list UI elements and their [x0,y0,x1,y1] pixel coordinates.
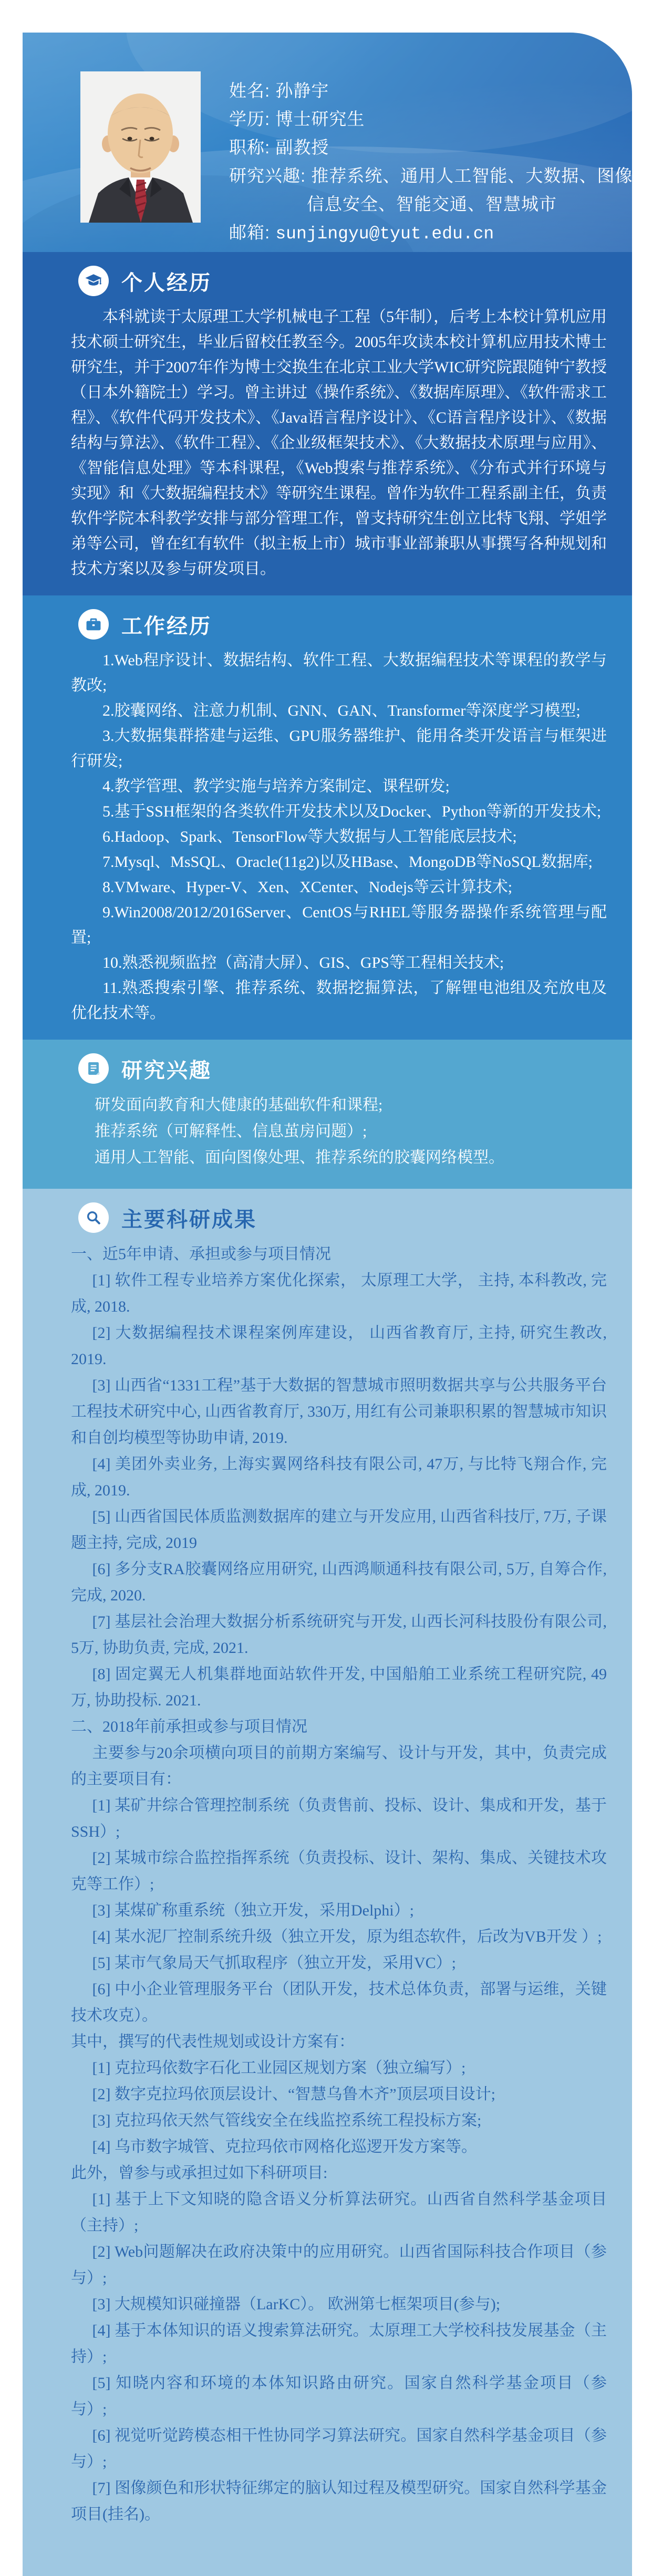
project-item: [7] 图像颜色和形状特征绑定的脑认知过程及模型研究。国家自然科学基金项目(挂名… [71,2475,607,2528]
work-item: 3.大数据集群搭建与运维、GPU服务器维护、能用各类开发语言与框架进行研发; [71,724,607,774]
name-row: 姓名: 孙静宇 [229,77,628,105]
degree-value: 博士研究生 [275,109,365,129]
work-item: 2.胶囊网络、注意力机制、GNN、GAN、Transformer等深度学习模型; [71,698,607,724]
work-item: 11.熟悉搜索引擎、推荐系统、数据挖掘算法，了解锂电池组及充放电及优化技术等。 [71,976,607,1026]
profile-info: 姓名: 孙静宇 学历: 博士研究生 职称: 副教授 研究兴趣: 推荐系统、通用人… [229,77,628,252]
part2-intro: 主要参与20余项横向项目的前期方案编写、设计与开发，其中，负责完成的主要项目有： [71,1740,607,1793]
plan-item: [2] 数字克拉玛依顶层设计、“智慧乌鲁木齐”顶层项目设计; [71,2081,607,2108]
faculty-profile-page: { "theme": { "header_blue_light": "#4693… [0,33,652,2576]
plan-item: [1] 克拉玛依数字石化工业园区规划方案（独立编写）; [71,2055,607,2081]
work-item: 5.基于SSH框架的各类软件开发技术以及Docker、Python等新的开发技术… [71,799,607,824]
project-item: [2] 某城市综合监控指挥系统（负责投标、设计、架构、集成、关键技术攻克等工作）… [71,1845,607,1898]
project-item: [3] 山西省“1331工程”基于大数据的智慧城市照明数据共享与公共服务平台工程… [71,1373,607,1451]
interests-row-continued: 信息安全、智能交通、智慧城市 [229,190,628,218]
portrait-photo [80,71,201,223]
research-interests-list: 研发面向教育和大健康的基础软件和课程;推荐系统（可解释性、信息茧房问题）;通用人… [71,1092,607,1171]
interests-value-line1: 推荐系统、通用人工智能、大数据、图像处理、 [311,166,632,185]
section-title: 主要科研成果 [121,1203,257,1233]
email-value: sunjingyu@tyut.edu.cn [275,224,494,244]
section-title-row: 工作经历 [78,609,607,640]
work-item: 7.Mysql、MsSQL、Oracle(11g2)以及HBase、MongoD… [71,850,607,875]
work-item: 10.熟悉视频监控（高清大屏）、GIS、GPS等工程相关技术; [71,950,607,976]
project-item: [6] 视觉听觉跨模态相干性协同学习算法研究。国家自然科学基金项目（参与）; [71,2423,607,2475]
part2-project-list: [1] 某矿井综合管理控制系统（负责售前、投标、设计、集成和开发，基于SSH）;… [71,1793,607,2029]
section-title-row: 研究兴趣 [78,1053,607,1084]
document-icon [78,1053,109,1084]
other-projects-list: [1] 基于上下文知晓的隐含语义分析算法研究。山西省自然科学基金项目（主持）;[… [71,2186,607,2528]
project-item: [4] 基于本体知识的语义搜索算法研究。太原理工大学校科技发展基金（主持）; [71,2318,607,2370]
project-item: [5] 山西省国民体质监测数据库的建立与开发应用, 山西省科技厅, 7万, 子课… [71,1504,607,1556]
project-item: [2] Web问题解决在政府决策中的应用研究。山西省国际科技合作项目（参与）; [71,2239,607,2291]
title-label: 职称: [229,138,275,157]
project-item: [4] 某水泥厂控制系统升级（独立开发，原为组态软件，后改为VB开发 ）; [71,1924,607,1950]
magnifier-icon [78,1202,109,1233]
title-row: 职称: 副教授 [229,133,628,162]
section-title: 研究兴趣 [121,1054,212,1084]
interests-row: 研究兴趣: 推荐系统、通用人工智能、大数据、图像处理、 [229,162,628,190]
section-title-row: 主要科研成果 [78,1202,607,1233]
section-research-interests: 研究兴趣 研发面向教育和大健康的基础软件和课程;推荐系统（可解释性、信息茧房问题… [23,1040,632,1189]
name-label: 姓名: [229,81,275,100]
research-achievements-content: 一、近5年申请、承担或参与项目情况 [1] 软件工程专业培养方案优化探索， 太原… [71,1241,607,2528]
section-title: 工作经历 [121,610,212,640]
project-item: [6] 多分支RA胶囊网络应用研究, 山西鸿顺通科技有限公司, 5万, 自筹合作… [71,1556,607,1609]
section-research-achievements: 主要科研成果 一、近5年申请、承担或参与项目情况 [1] 软件工程专业培养方案优… [23,1189,632,2576]
project-item: [5] 某市气象局天气抓取程序（独立开发，采用VC）; [71,1950,607,1976]
work-item: 6.Hadoop、Spark、TensorFlow等大数据与人工智能底层技术; [71,824,607,850]
profile-card: 姓名: 孙静宇 学历: 博士研究生 职称: 副教授 研究兴趣: 推荐系统、通用人… [23,33,632,2576]
title-value: 副教授 [275,138,329,157]
part2-heading: 二、2018年前承担或参与项目情况 [71,1714,607,1740]
project-item: [1] 基于上下文知晓的隐含语义分析算法研究。山西省自然科学基金项目（主持）; [71,2186,607,2239]
email-label: 邮箱: [229,223,275,242]
project-item: [3] 某煤矿称重系统（独立开发，采用Delphi）; [71,1898,607,1924]
briefcase-icon [78,609,109,640]
work-item: 8.VMware、Hyper-V、Xen、XCenter、Nodejs等云计算技… [71,875,607,900]
project-item: [1] 某矿井综合管理控制系统（负责售前、投标、设计、集成和开发，基于SSH）; [71,1793,607,1845]
degree-row: 学历: 博士研究生 [229,105,628,133]
personal-experience-text: 本科就读于太原理工大学机械电子工程（5年制），后考上本校计算机应用技术硕士研究生… [71,305,607,582]
plans-list: [1] 克拉玛依数字石化工业园区规划方案（独立编写）;[2] 数字克拉玛依顶层设… [71,2055,607,2160]
project-item: [4] 美团外卖业务, 上海实翼网络科技有限公司, 47万, 与比特飞翔合作, … [71,1451,607,1504]
personal-paragraph: 本科就读于太原理工大学机械电子工程（5年制），后考上本校计算机应用技术硕士研究生… [71,305,607,582]
graduation-cap-icon [78,266,109,296]
project-item: [2] 大数据编程技术课程案例库建设， 山西省教育厅, 主持, 研究生教改, 2… [71,1320,607,1373]
name-value: 孙静宇 [275,81,329,100]
section-personal-experience: 个人经历 本科就读于太原理工大学机械电子工程（5年制），后考上本校计算机应用技术… [23,252,632,595]
work-experience-list: 1.Web程序设计、数据结构、软件工程、大数据编程技术等课程的教学与教改;2.胶… [71,648,607,1026]
other-projects-heading: 此外，曾参与或承担过如下科研项目: [71,2160,607,2186]
plan-item: [3] 克拉玛依天然气管线安全在线监控系统工程投标方案; [71,2108,607,2134]
project-item: [6] 中小企业管理服务平台（团队开发，技术总体负责，部署与运维，关键技术攻克）… [71,1976,607,2029]
plan-item: [4] 乌市数字城管、克拉玛依市网格化巡逻开发方案等。 [71,2134,607,2160]
interests-value-line2: 信息安全、智能交通、智慧城市 [307,194,557,214]
work-item: 1.Web程序设计、数据结构、软件工程、大数据编程技术等课程的教学与教改; [71,648,607,698]
project-item: [7] 基层社会治理大数据分析系统研究与开发, 山西长河科技股份有限公司, 5万… [71,1609,607,1661]
interest-item: 研发面向教育和大健康的基础软件和课程; [71,1092,607,1118]
wechat-row: 微信:OnlyOS-Baike [229,248,628,252]
interests-label: 研究兴趣: [229,166,311,185]
part1-heading: 一、近5年申请、承担或参与项目情况 [71,1241,607,1268]
section-title: 个人经历 [121,266,212,296]
work-item: 9.Win2008/2012/2016Server、CentOS与RHEL等服务… [71,900,607,950]
part1-project-list: [1] 软件工程专业培养方案优化探索， 太原理工大学， 主持, 本科教改, 完成… [71,1268,607,1714]
interest-item: 推荐系统（可解释性、信息茧房问题）; [71,1118,607,1145]
work-item: 4.教学管理、教学实施与培养方案制定、课程研发; [71,774,607,799]
project-item: [5] 知晓内容和环境的本体知识路由研究。国家自然科学基金项目（参与）; [71,2370,607,2423]
section-title-row: 个人经历 [78,266,607,296]
project-item: [8] 固定翼无人机集群地面站软件开发, 中国船舶工业系统工程研究院, 49万,… [71,1661,607,1714]
section-work-experience: 工作经历 1.Web程序设计、数据结构、软件工程、大数据编程技术等课程的教学与教… [23,595,632,1040]
degree-label: 学历: [229,109,275,129]
email-row: 邮箱: sunjingyu@tyut.edu.cn [229,218,628,248]
project-item: [3] 大规模知识碰撞器（LarKC）。 欧洲第七框架项目(参与); [71,2291,607,2318]
plans-heading: 其中，撰写的代表性规划或设计方案有： [71,2029,607,2055]
project-item: [1] 软件工程专业培养方案优化探索， 太原理工大学， 主持, 本科教改, 完成… [71,1268,607,1320]
profile-header: 姓名: 孙静宇 学历: 博士研究生 职称: 副教授 研究兴趣: 推荐系统、通用人… [23,33,632,252]
interest-item: 通用人工智能、面向图像处理、推荐系统的胶囊网络模型。 [71,1145,607,1171]
